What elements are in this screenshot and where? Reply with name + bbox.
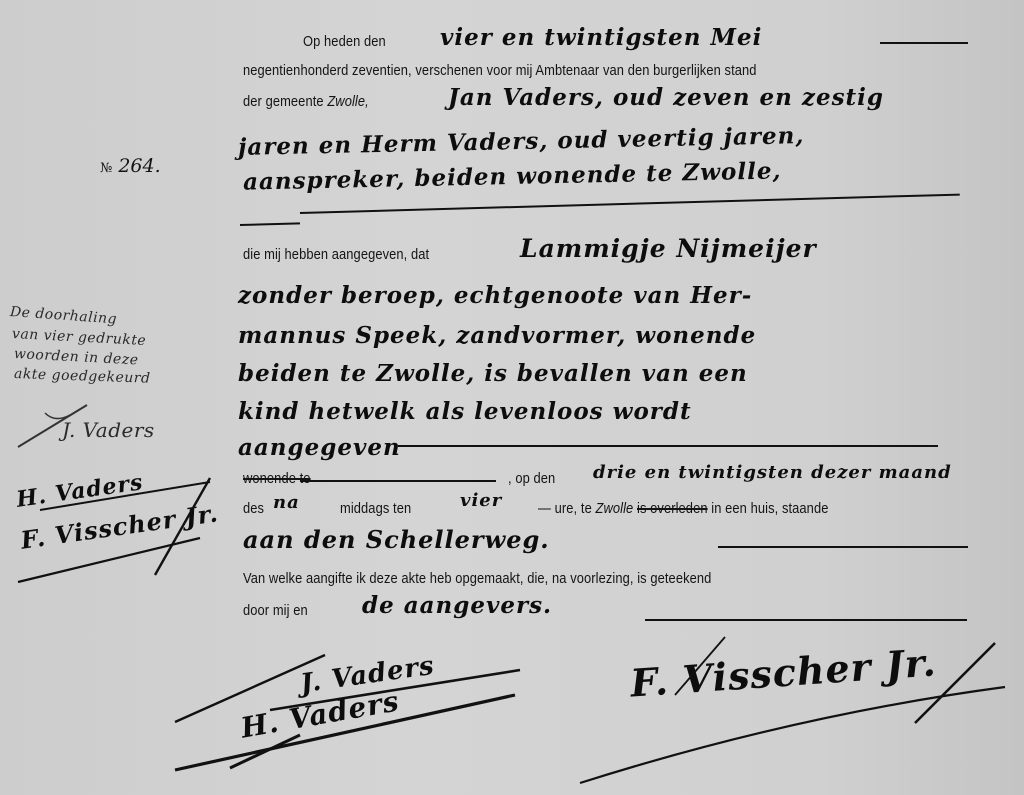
- handwritten-stillborn: kind hetwelk als levenloos wordt: [238, 398, 692, 425]
- printed-des: des: [243, 500, 264, 517]
- handwritten-husband: mannus Speek, zandvormer, wonende: [238, 322, 756, 349]
- margin-note-line-2: van vier gedrukte: [12, 326, 147, 349]
- printed-aangegeven-dat: die mij hebben aangegeven, dat: [243, 246, 429, 263]
- fill-line: [240, 222, 300, 226]
- handwritten-hour: vier: [460, 490, 502, 511]
- margin-signature-flourish: [10, 470, 230, 590]
- act-number: №264.: [100, 155, 161, 177]
- handwritten-mother-name: Lammigje Nijmeijer: [520, 234, 817, 263]
- fill-line: [398, 445, 938, 447]
- printed-der-gemeente: der gemeente Zwolle,: [243, 93, 369, 110]
- declarant-signatures-flourish: [170, 640, 540, 780]
- handwritten-na: na: [273, 492, 300, 513]
- handwritten-declarant-1: Jan Vaders, oud zeven en zestig: [448, 84, 884, 111]
- fill-line: [300, 194, 960, 214]
- printed-door-mij-en: door mij en: [243, 602, 308, 619]
- handwritten-de-aangevers: de aangevers.: [362, 592, 552, 619]
- handwritten-declarant-2: jaren en Herm Vaders, oud veertig jaren,: [238, 122, 805, 161]
- handwritten-address: aan den Schellerweg.: [243, 525, 550, 554]
- margin-note-signature-stroke: [15, 395, 95, 455]
- handwritten-date-day: vier en twintigsten Mei: [440, 24, 762, 51]
- margin-note-line-1: De doorhaling: [9, 304, 117, 327]
- fill-line: [880, 42, 968, 44]
- handwritten-aangegeven: aangegeven: [238, 434, 401, 461]
- printed-ure-te-zwolle: — ure, te Zwolle is overleden in een hui…: [538, 500, 828, 517]
- printed-op-den: , op den: [508, 470, 555, 487]
- printed-closing: Van welke aangifte ik deze akte heb opge…: [243, 570, 711, 587]
- printed-op-heden-den: Op heden den: [303, 33, 386, 50]
- margin-note-line-4: akte goedgekeurd: [14, 366, 151, 387]
- fill-line: [718, 546, 968, 548]
- printed-wonende-te-struck: wonende te: [243, 470, 311, 487]
- margin-note-line-3: woorden in deze: [14, 346, 139, 368]
- fill-line: [645, 619, 967, 621]
- certificate-page: Op heden den vier en twintigsten Mei neg…: [0, 0, 1024, 795]
- handwritten-birth-statement: beiden te Zwolle, is bevallen van een: [238, 360, 748, 387]
- handwritten-mother-details: zonder beroep, echtgenoote van Her-: [238, 282, 752, 309]
- handwritten-birth-date: drie en twintigsten dezer maand: [593, 462, 952, 483]
- official-signature-flourish: [575, 625, 1015, 795]
- fill-line: [300, 480, 496, 482]
- handwritten-occupation-residence: aanspreker, beiden wonende te Zwolle,: [243, 157, 782, 195]
- printed-year-line: negentienhonderd zeventien, verschenen v…: [243, 62, 757, 79]
- printed-middags-ten: middags ten: [340, 500, 411, 517]
